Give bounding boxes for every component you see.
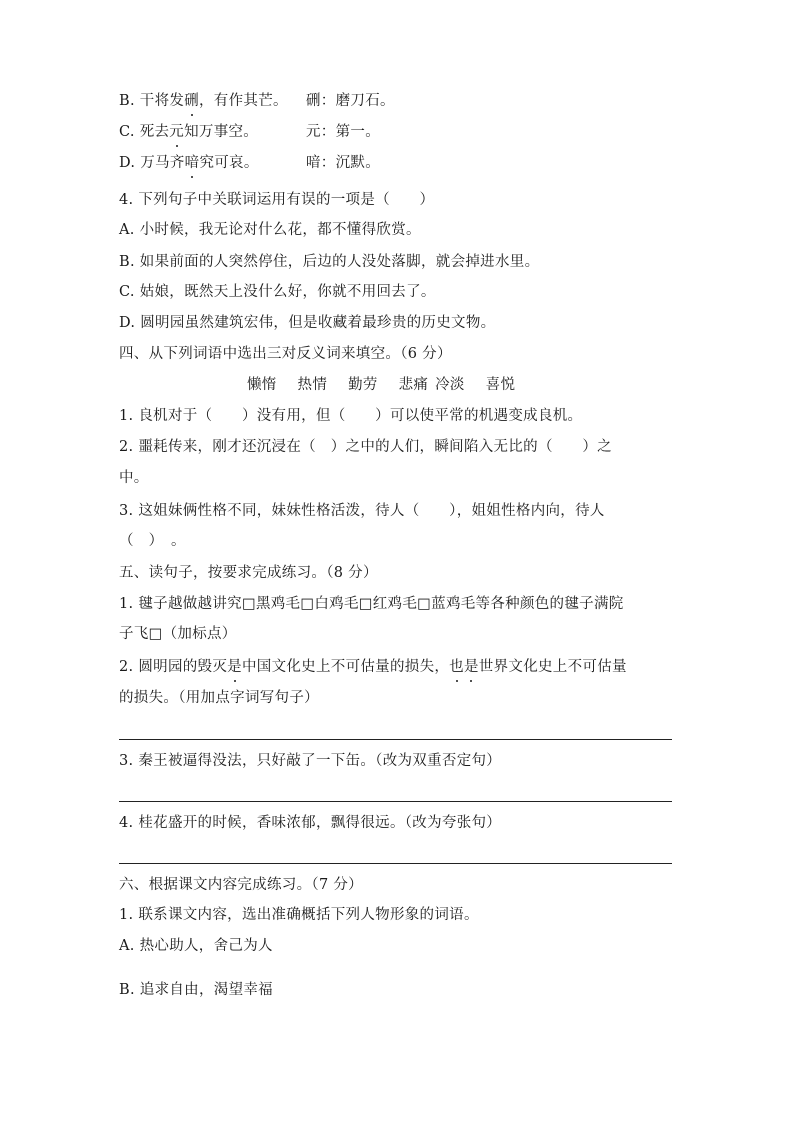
section4-item-2-cont: 中。 (119, 468, 149, 488)
q3-gloss-c: 元：第一。 (306, 122, 380, 142)
section5-heading: 五、读句子，按要求完成练习。（8 分） (119, 563, 378, 583)
q4-option-b: B. 如果前面的人突然停住，后边的人没处落脚，就会掉进水里。 (119, 252, 539, 272)
answer-line-q4[interactable] (119, 863, 672, 864)
section5-q1-cont: 子飞□（加标点） (119, 624, 237, 644)
section5-q2: 2. 圆明园的毁灭是中国文化史上不可估量的损失，也是世界文化史上不可估量 (119, 657, 627, 677)
word-bank-item: 懒惰 (247, 377, 277, 393)
option-text: B. 干将发 (119, 93, 184, 109)
section4-heading: 四、从下列词语中选出三对反义词来填空。（6 分） (119, 344, 452, 364)
option-text: 究可哀。 (199, 155, 258, 171)
section6-heading: 六、根据课文内容完成练习。（7 分） (119, 875, 363, 895)
option-text: C. 死去 (119, 124, 169, 140)
dotted-char: 硎 (184, 91, 199, 111)
dotted-char: 喑 (185, 153, 200, 173)
word-bank-item: 热情 (298, 377, 328, 393)
section5-q4: 4. 桂花盛开的时候，香味浓郁，飘得很远。（改为夸张句） (119, 813, 501, 833)
q3-gloss-b: 硎：磨刀石。 (306, 91, 395, 111)
word-bank-item: 勤劳 (348, 377, 378, 393)
answer-line-q3[interactable] (119, 801, 672, 802)
q3-option-b: B. 干将发硎，有作其芒。 (119, 91, 288, 111)
q2-text: 2. 圆明园的毁灭 (119, 659, 227, 675)
q4-option-a: A. 小时候，我无论对什么花，都不懂得欣赏。 (119, 220, 421, 240)
option-text: 知万事空。 (184, 124, 258, 140)
word-bank-item: 喜悦 (486, 377, 516, 393)
section5-q3: 3. 秦王被逼得没法，只好敲了一下缶。（改为双重否定句） (119, 751, 501, 771)
section5-q1: 1. 毽子越做越讲究□黑鸡毛□白鸡毛□红鸡毛□蓝鸡毛等各种颜色的毽子满院 (119, 594, 624, 614)
section4-item-2: 2. 噩耗传来，刚才还沉浸在（ ）之中的人们，瞬间陷入无比的（ ）之 (119, 437, 612, 457)
q4-stem: 4. 下列句子中关联词运用有误的一项是（ ） (119, 190, 434, 210)
q4-option-c: C. 姑娘，既然天上没什么好，你就不用回去了。 (119, 282, 436, 302)
q3-gloss-d: 喑：沉默。 (306, 153, 380, 173)
option-text: ，有作其芒。 (199, 93, 288, 109)
option-text: D. 万马齐 (119, 155, 185, 171)
section6-option-a: A. 热心助人，舍己为人 (119, 936, 273, 956)
q2-text: 中国文化史上不可估量的损失， (242, 659, 449, 675)
q2-text: 世界文化史上不可估量 (479, 659, 627, 675)
dotted-char: 也 (449, 657, 464, 677)
section5-q2-cont: 的损失。（用加点字词写句子） (119, 688, 319, 708)
dotted-char: 是 (227, 657, 242, 677)
word-bank: 懒惰 热情 勤劳 悲痛 冷淡 喜悦 (247, 375, 515, 395)
word-bank-item: 冷淡 (435, 377, 465, 393)
dotted-char: 元 (169, 122, 184, 142)
section4-item-3-cont: （ ） 。 (119, 531, 186, 551)
section4-item-3: 3. 这姐妹俩性格不同，妹妹性格活泼，待人（ ），姐姐性格内向，待人 (119, 501, 605, 521)
q3-option-c: C. 死去元知万事空。 (119, 122, 258, 142)
dotted-char: 是 (464, 657, 479, 677)
q3-option-d: D. 万马齐喑究可哀。 (119, 153, 259, 173)
q4-option-d: D. 圆明园虽然建筑宏伟，但是收藏着最珍贵的历史文物。 (119, 313, 495, 333)
section6-q1: 1. 联系课文内容，选出准确概括下列人物形象的词语。 (119, 905, 479, 925)
word-bank-item: 悲痛 (399, 377, 429, 393)
section4-item-1: 1. 良机对于（ ）没有用，但（ ）可以使平常的机遇变成良机。 (119, 406, 582, 426)
answer-line-q2[interactable] (119, 739, 672, 740)
section6-option-b: B. 追求自由，渴望幸福 (119, 980, 273, 1000)
